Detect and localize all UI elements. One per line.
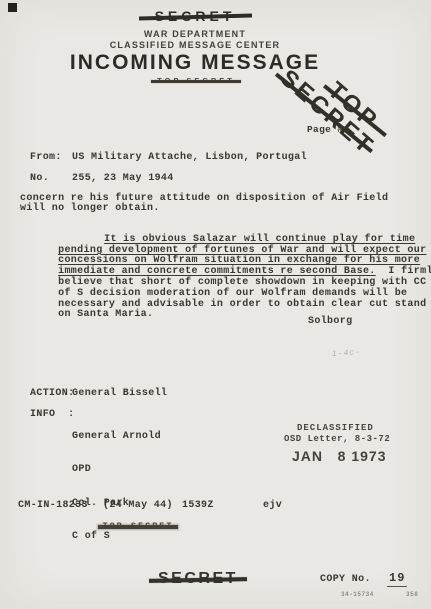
message-number-label: No. (30, 173, 49, 184)
footer-crossed-stamp: TOP SECRET (84, 515, 192, 533)
paragraph-line: It is obvious Salazar will continue play… (20, 224, 420, 235)
department-line: WAR DEPARTMENT (0, 29, 390, 39)
declassified-stamp-line-2: OSD Letter, 8-3-72 (284, 434, 390, 444)
footer-time: 1539Z (182, 500, 214, 511)
paragraph-text: of S decision moderation of our Wolfram … (58, 288, 407, 299)
paragraph-text: immediate and concrete commitments re se… (58, 266, 376, 277)
message-id: CM-IN-18233 (18, 500, 88, 511)
paragraph-text: It is obvious Salazar will continue play… (104, 234, 415, 245)
print-code-2: 358 (406, 591, 418, 598)
action-label: ACTION: (30, 388, 74, 399)
message-center-line: CLASSIFIED MESSAGE CENTER (0, 40, 390, 50)
action-value: General Bissell (72, 388, 167, 399)
classification-header: SECRET (0, 8, 390, 26)
info-recipient: General Arnold (72, 431, 161, 442)
paragraph-text: pending development of fortunes of War a… (58, 245, 426, 256)
paragraph-text: on Santa Maria. (58, 309, 153, 320)
handwritten-annotation: 1-4c- (332, 348, 362, 359)
footer-classification-text: SECRET (158, 570, 238, 588)
scanned-document: SECRET WAR DEPARTMENT CLASSIFIED MESSAGE… (0, 0, 431, 609)
info-label: INFO : (30, 409, 74, 420)
paragraph-text: believe that short of complete showdown … (58, 277, 431, 288)
from-label: From: (30, 152, 62, 163)
declassified-date-stamp: JAN 8 1973 (292, 448, 387, 464)
crossed-stamp-under-title-text: TOP SECRET (157, 76, 235, 85)
message-body-paragraph: It is obvious Salazar will continue play… (20, 224, 420, 310)
from-value: US Military Attache, Lisbon, Portugal (72, 152, 307, 163)
info-distribution-list: General Arnold OPD Col. Park C of S (72, 409, 161, 564)
paragraph-text: concessions on Wolfram situation in exch… (58, 255, 420, 266)
signature: Solborg (308, 316, 352, 327)
info-recipient: OPD (72, 464, 161, 475)
footer-date: (24 May 44) (103, 500, 173, 511)
paragraph-text: necessary and advisable in order to obta… (58, 299, 426, 310)
message-number-value: 255, 23 May 1944 (72, 173, 174, 184)
operator-initials: ejv (263, 500, 282, 511)
print-code: 34-15734 (341, 591, 374, 598)
copy-number-value: 19 (387, 571, 407, 587)
footer-classification: SECRET (158, 570, 238, 588)
crossed-stamp-under-title: TOP SECRET (140, 70, 252, 88)
copy-number-label: COPY No. (320, 574, 371, 585)
classification-strikethrough-text: SECRET (155, 8, 236, 24)
page-number: Page #3 (307, 124, 349, 135)
declassified-stamp-line-1: DECLASSIFIED (297, 423, 374, 433)
footer-crossed-stamp-text: TOP SECRET (102, 521, 173, 531)
body-carryover-line-2: will no longer obtain. (20, 203, 160, 214)
paragraph-text: I firmly (376, 266, 431, 277)
